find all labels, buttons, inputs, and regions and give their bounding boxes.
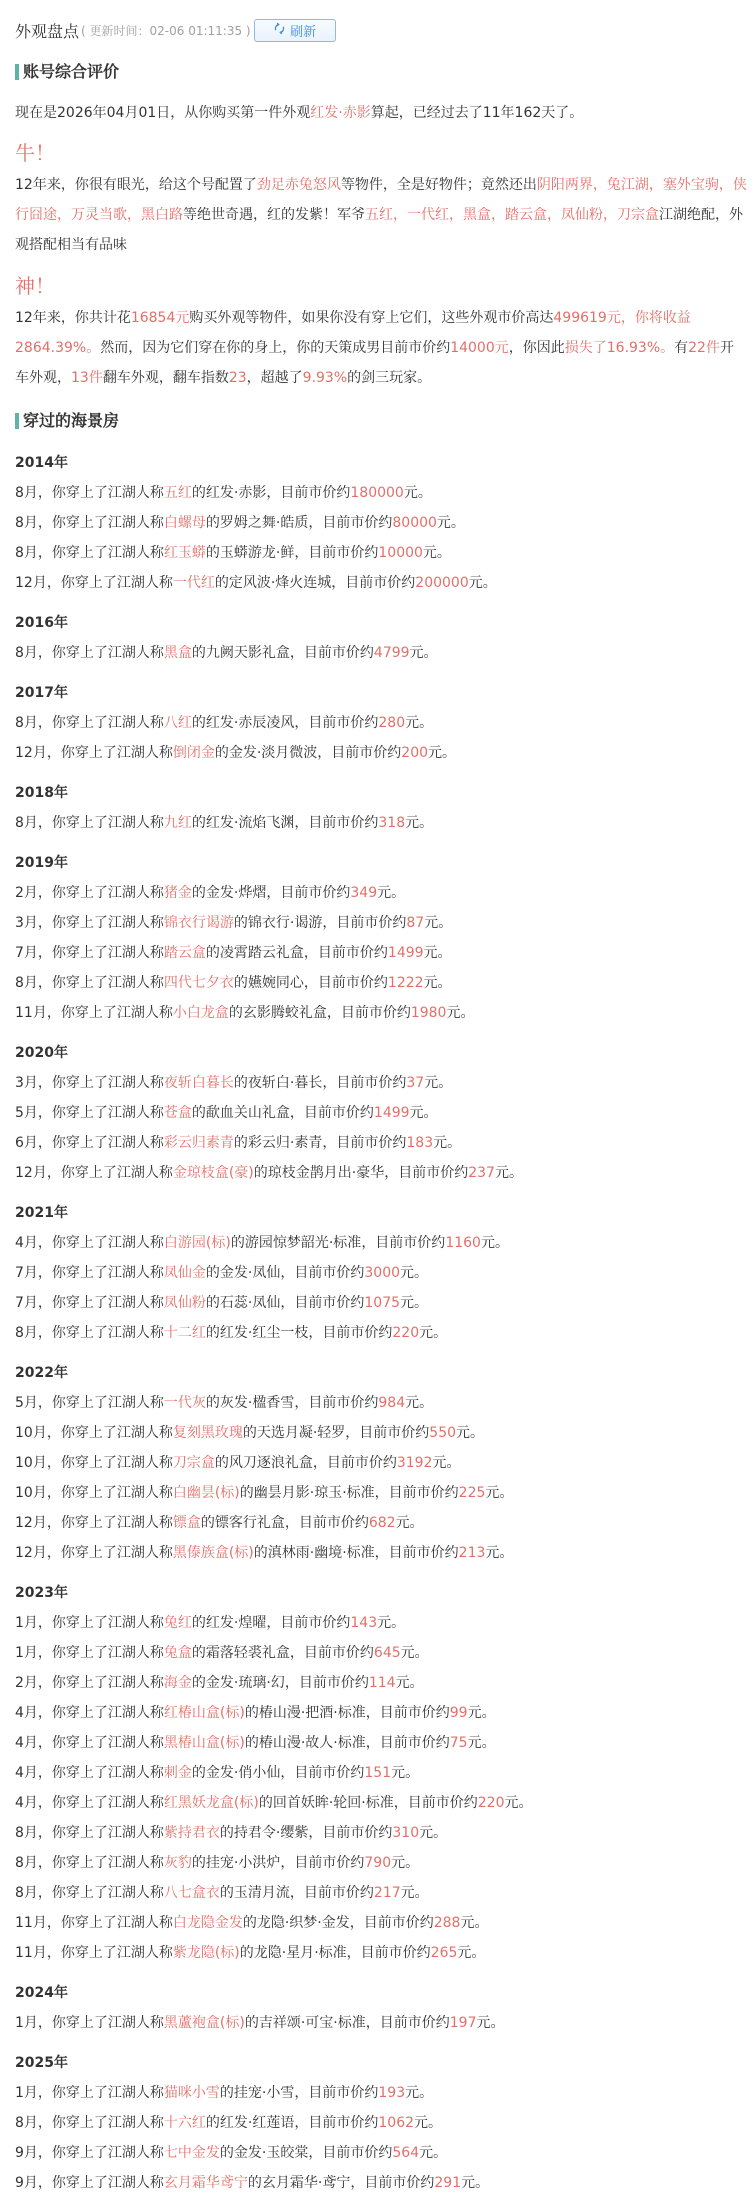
sentence-text: ，目前市价约 [331,575,415,591]
item-nickname: 苍盒 [164,1105,192,1121]
sentence-text: 元。 [410,1105,438,1121]
sentence-text: ，目前市价约 [375,1485,459,1501]
sentence-text: ，目前市价约 [327,1005,411,1021]
item-month: 7月 [15,1265,38,1281]
item-name: 镖客行礼盒 [215,1515,285,1531]
item-name: 灰发·楹香雪 [220,1395,294,1411]
history-item: 3月，你穿上了江湖人称夜斩白暮长的夜斩白·暮长，目前市价约37元。 [15,1068,747,1098]
sentence-text: ，目前市价约 [375,1545,459,1561]
item-month: 4月 [15,1765,38,1781]
item-name: 持君令·缨紫 [234,1825,308,1841]
sentence-text: ，目前市价约 [366,1735,450,1751]
item-price: 1222 [388,975,424,991]
text-segment: ，你因此 [509,340,565,356]
highlight-text: 16854元 [131,310,190,326]
sentence-text: ，你穿上了江湖人称 [38,715,164,731]
sentence-text: 元。 [424,915,452,931]
item-month: 2月 [15,885,38,901]
item-price: 10000 [378,545,423,561]
item-month: 8月 [15,715,38,731]
sentence-text: 的 [231,1235,245,1251]
item-month: 12月 [15,1515,47,1531]
sentence-text: ，你穿上了江湖人称 [38,1075,164,1091]
sentence-text: ，目前市价约 [308,1325,392,1341]
item-name: 石蕊·凤仙 [220,1295,280,1311]
sentence-text: 元。 [446,1005,474,1021]
sentence-text: ，目前市价约 [313,1455,397,1471]
item-price: 220 [478,1795,505,1811]
highlight-text: 14000元 [450,340,509,356]
item-name: 定风波·烽火连城 [229,575,331,591]
history-item: 1月，你穿上了江湖人称猫咪小雪的挂宠·小雪，目前市价约193元。 [15,2078,747,2108]
item-nickname: 海金 [164,1675,192,1691]
sentence-text: 的 [192,1855,206,1871]
sentence-text: 元。 [405,715,433,731]
history-item: 3月，你穿上了江湖人称锦衣行谒游的锦衣行·谒游，目前市价约87元。 [15,908,747,938]
year-block: 2024年1月，你穿上了江湖人称黑蘆袍盒(标)的吉祥颂·可宝·标准，目前市价约1… [15,1978,747,2038]
sentence-text: 的 [192,715,206,731]
sentence-text: 的 [206,945,220,961]
sentence-text: ，你穿上了江湖人称 [47,1005,173,1021]
year-block: 2014年8月，你穿上了江湖人称五红的红发·赤影，目前市价约180000元。8月… [15,448,747,598]
sentence-text: 的 [206,1395,220,1411]
sentence-text: 的 [192,1615,206,1631]
sentence-text: 的 [192,815,206,831]
item-month: 8月 [15,2115,38,2131]
sentence-text: 的 [206,1325,220,1341]
item-name: 琼枝金鹊月出·豪华 [268,1165,384,1181]
item-month: 12月 [15,1545,47,1561]
year-block: 2017年8月，你穿上了江湖人称八红的红发·赤辰凌风，目前市价约280元。12月… [15,678,747,768]
highlight-text: 13件 [71,370,103,386]
sentence-text: 的 [192,1765,206,1781]
item-month: 11月 [15,1945,47,1961]
item-month: 3月 [15,915,38,931]
sentence-text: ，你穿上了江湖人称 [38,1885,164,1901]
sentence-text: ，目前市价约 [304,975,388,991]
history-item: 10月，你穿上了江湖人称刀宗盒的风刀逐浪礼盒，目前市价约3192元。 [15,1448,747,1478]
item-price: 1499 [388,945,424,961]
item-name: 椿山漫·把酒·标准 [259,1705,366,1721]
highlight-text: 9.93% [303,370,347,386]
sentence-text: ，目前市价约 [294,2115,378,2131]
text-segment: 购买外观等物件，如果你没有穿上它们，这些外观市价高达 [189,310,553,326]
item-price: 225 [459,1485,486,1501]
history-item: 8月，你穿上了江湖人称灰豹的挂宠·小洪炉，目前市价约790元。 [15,1848,747,1878]
item-name: 金发·琉璃·幻 [206,1675,285,1691]
sentence-text: 元。 [457,1945,485,1961]
item-price: 87 [406,915,424,931]
item-month: 8月 [15,1885,38,1901]
sentence-text: ，目前市价约 [266,885,350,901]
sentence-text: 元。 [391,1765,419,1781]
sentence-text: ，你穿上了江湖人称 [38,1265,164,1281]
item-month: 1月 [15,2015,38,2031]
item-name: 挂宠·小洪炉 [206,1855,280,1871]
update-time: ( 更新时间：02-06 01:11:35 ) [81,22,251,39]
history-item: 1月，你穿上了江湖人称黑蘆袍盒(标)的吉祥颂·可宝·标准，目前市价约197元。 [15,2008,747,2038]
sentence-text: ，你穿上了江湖人称 [47,745,173,761]
sentence-text: 元。 [419,1325,447,1341]
item-nickname: 黑蘆袍盒(标) [164,2015,245,2031]
history-item: 4月，你穿上了江湖人称黑椿山盒(标)的椿山漫·故人·标准，目前市价约75元。 [15,1728,747,1758]
item-nickname: 白幽昙(标) [173,1485,240,1501]
sentence-text: ，目前市价约 [308,515,392,531]
sentence-text: 元。 [437,515,465,531]
item-price: 1062 [378,2115,414,2131]
history-item: 12月，你穿上了江湖人称一代红的定风波·烽火连城，目前市价约200000元。 [15,568,747,598]
sentence-text: 元。 [424,1075,452,1091]
verdict-paragraph-1: 12年来，你很有眼光，给这个号配置了劲足赤兔怒风等物件，全是好物件；竟然还出阴阳… [15,170,747,260]
sentence-text: 的 [248,2175,262,2191]
item-price: 237 [468,1165,495,1181]
sentence-text: 元。 [456,1425,484,1441]
item-month: 11月 [15,1005,47,1021]
item-price: 984 [378,1395,405,1411]
item-price: 4799 [374,645,410,661]
item-month: 12月 [15,575,47,591]
sentence-text: 元。 [404,485,432,501]
item-month: 10月 [15,1455,47,1471]
history-item: 8月，你穿上了江湖人称八七盒衣的玉清月流，目前市价约217元。 [15,1878,747,1908]
item-nickname: 兔红 [164,1615,192,1631]
sentence-text: ，目前市价约 [322,1135,406,1151]
history-item: 6月，你穿上了江湖人称彩云归素青的彩云归·素青，目前市价约183元。 [15,1128,747,1158]
sentence-text: ，你穿上了江湖人称 [47,1455,173,1471]
sentence-text: 元。 [481,1235,509,1251]
history-item: 8月，你穿上了江湖人称白螺母的罗姆之舞·皓质，目前市价约80000元。 [15,508,747,538]
sentence-text: ，你穿上了江湖人称 [38,1135,164,1151]
item-name: 歃血关山礼盒 [206,1105,290,1121]
history-item: 8月，你穿上了江湖人称九红的红发·流焰飞渊，目前市价约318元。 [15,808,747,838]
history-item: 12月，你穿上了江湖人称镖盒的镖客行礼盒，目前市价约682元。 [15,1508,747,1538]
year-heading: 2014年 [15,448,747,478]
item-name: 风刀逐浪礼盒 [229,1455,313,1471]
item-month: 1月 [15,1645,38,1661]
sentence-text: 元。 [400,1265,428,1281]
item-nickname: 黑椿山盒(标) [164,1735,245,1751]
sentence-text: ，目前市价约 [308,2145,392,2161]
item-nickname: 刀宗盒 [173,1455,215,1471]
item-price: 200000 [415,575,468,591]
sentence-text: ，你穿上了江湖人称 [47,1425,173,1441]
item-month: 11月 [15,1915,47,1931]
item-month: 9月 [15,2175,38,2191]
item-name: 罗姆之舞·皓质 [220,515,308,531]
sentence-text: ，你穿上了江湖人称 [47,575,173,591]
item-nickname: 黑盒 [164,645,192,661]
item-nickname: 五红 [164,485,192,501]
sentence-text: ，你穿上了江湖人称 [38,1765,164,1781]
item-name: 金发·淡月微波 [229,745,317,761]
sentence-text: ，目前市价约 [294,2085,378,2101]
history-item: 9月，你穿上了江湖人称七中金发的金发·玉皎棠，目前市价约564元。 [15,2138,747,2168]
item-nickname: 红椿山盒(标) [164,1705,245,1721]
sentence-text: 元。 [377,885,405,901]
sentence-text: 元。 [401,1885,429,1901]
item-nickname: 兔盒 [164,1645,192,1661]
sentence-text: ，目前市价约 [384,1165,468,1181]
text-segment: 等物件，全是好物件；竟然还出 [341,177,537,193]
sentence-text: 的 [220,1885,234,1901]
sentence-text: 的 [192,1675,206,1691]
sentence-text: ，你穿上了江湖人称 [38,815,164,831]
item-price: 197 [450,2015,477,2031]
sentence-text: 的 [206,2115,220,2131]
sentence-text: 的 [245,2015,259,2031]
sentence-text: 元。 [377,1615,405,1631]
sentence-text: 元。 [400,1295,428,1311]
item-price: 550 [429,1425,456,1441]
item-price: 265 [431,1945,458,1961]
history-item: 1月，你穿上了江湖人称兔红的红发·煌曜，目前市价约143元。 [15,1608,747,1638]
item-name: 幽昙月影·琼玉·标准 [254,1485,375,1501]
sentence-text: ，你穿上了江湖人称 [38,1795,164,1811]
item-name: 滇林雨·幽境·标准 [268,1545,375,1561]
sentence-text: 的 [254,1545,268,1561]
item-nickname: 猪金 [164,885,192,901]
highlight-text: 劲足赤兔怒风 [257,177,341,193]
history-item: 4月，你穿上了江湖人称白游园(标)的游园惊梦韶光·标准，目前市价约1160元。 [15,1228,747,1258]
item-price: 1499 [374,1105,410,1121]
item-price: 682 [369,1515,396,1531]
verdict-label-1: 牛！ [15,138,747,168]
sentence-text: 元。 [396,1515,424,1531]
sentence-text: ，你穿上了江湖人称 [38,2115,164,2131]
item-month: 4月 [15,1735,38,1751]
sentence-text: ，目前市价约 [361,1235,445,1251]
sentence-text: 的 [206,515,220,531]
refresh-button[interactable]: 刷新 [254,19,336,42]
sentence-text: ，你穿上了江湖人称 [38,885,164,901]
year-heading: 2023年 [15,1578,747,1608]
sentence-text: ，你穿上了江湖人称 [38,2175,164,2191]
history-item: 5月，你穿上了江湖人称一代灰的灰发·楹香雪，目前市价约984元。 [15,1388,747,1418]
sentence-text: ，目前市价约 [294,545,378,561]
item-month: 8月 [15,1325,38,1341]
history-item: 12月，你穿上了江湖人称金琼枝盒(豪)的琼枝金鹊月出·豪华，目前市价约237元。 [15,1158,747,1188]
history-item: 7月，你穿上了江湖人称踏云盒的凌霄踏云礼盒，目前市价约1499元。 [15,938,747,968]
sentence-text: ，目前市价约 [280,1855,364,1871]
sentence-text: 的 [192,645,206,661]
item-price: 310 [392,1825,419,1841]
sentence-text: 的 [206,545,220,561]
item-price: 280 [378,715,405,731]
sentence-text: 的 [192,885,206,901]
year-block: 2019年2月，你穿上了江湖人称猪金的金发·烨熠，目前市价约349元。3月，你穿… [15,848,747,1028]
item-price: 3000 [364,1265,400,1281]
sentence-text: 元。 [485,1545,513,1561]
item-nickname: 复刻黑玫瑰 [173,1425,243,1441]
sentence-text: ，你穿上了江湖人称 [38,485,164,501]
text-segment: 12年来，你共计花 [15,310,131,326]
item-price: 99 [450,1705,468,1721]
sentence-text: ，目前市价约 [294,1395,378,1411]
sentence-text: 元。 [477,2015,505,2031]
highlight-text: 损失了16.93%。 [565,340,674,356]
sentence-text: 元。 [419,1825,447,1841]
sentence-text: ，目前市价约 [350,1915,434,1931]
page-header: 外观盘点 ( 更新时间：02-06 01:11:35 ) 刷新 [15,19,747,42]
sentence-text: ，你穿上了江湖人称 [38,1235,164,1251]
item-price: 1075 [364,1295,400,1311]
item-nickname: 倒闭金 [173,745,215,761]
item-name: 天选月凝·轻罗 [257,1425,345,1441]
sentence-text: 的 [192,1105,206,1121]
sentence-text: ，目前市价约 [294,815,378,831]
sentence-text: ，你穿上了江湖人称 [47,1545,173,1561]
sentence-text: ，你穿上了江湖人称 [38,1735,164,1751]
intro-paragraph: 现在是2026年04月01日，从你购买第一件外观红发·赤影算起，已经过去了11年… [15,98,747,128]
item-nickname: 紫持君衣 [164,1825,220,1841]
sentence-text: 元。 [424,975,452,991]
sentence-text: ，目前市价约 [280,1765,364,1781]
sentence-text: ，你穿上了江湖人称 [38,945,164,961]
history-item: 8月，你穿上了江湖人称黑盒的九阙天影礼盒，目前市价约4799元。 [15,638,747,668]
sentence-text: ，你穿上了江湖人称 [47,1945,173,1961]
item-name: 红发·赤辰凌风 [206,715,294,731]
item-name: 红发·煌曜 [206,1615,266,1631]
sentence-text: ，目前市价约 [280,1295,364,1311]
item-price: 349 [350,885,377,901]
item-nickname: 猫咪小雪 [164,2085,220,2101]
item-price: 3192 [397,1455,433,1471]
text-segment: 翻车外观，翻车指数 [103,370,229,386]
sentence-text: ，你穿上了江湖人称 [38,515,164,531]
item-name: 嬿婉同心 [248,975,304,991]
item-month: 7月 [15,1295,38,1311]
sentence-text: ，你穿上了江湖人称 [38,1675,164,1691]
sentence-text: 元。 [428,745,456,761]
sentence-text: 的 [245,1735,259,1751]
sentence-text: ，目前市价约 [304,945,388,961]
item-nickname: 灰豹 [164,1855,192,1871]
section-title-text: 穿过的海景房 [23,406,119,436]
item-nickname: 白游园(标) [164,1235,231,1251]
sentence-text: ，你穿上了江湖人称 [47,1165,173,1181]
sentence-text: ，你穿上了江湖人称 [38,1295,164,1311]
item-month: 10月 [15,1425,47,1441]
year-heading: 2024年 [15,1978,747,2008]
year-block: 2025年1月，你穿上了江湖人称猫咪小雪的挂宠·小雪，目前市价约193元。8月，… [15,2048,747,2198]
item-nickname: 十二红 [164,1325,206,1341]
item-nickname: 白螺母 [164,515,206,531]
sentence-text: ，你穿上了江湖人称 [38,975,164,991]
year-heading: 2021年 [15,1198,747,1228]
item-month: 8月 [15,815,38,831]
sentence-text: ，目前市价约 [347,1945,431,1961]
item-price: 1160 [445,1235,481,1251]
item-price: 183 [406,1135,433,1151]
sentence-text: 元。 [401,1645,429,1661]
sentence-text: ，目前市价约 [266,1615,350,1631]
year-heading: 2022年 [15,1358,747,1388]
item-nickname: 七中金发 [164,2145,220,2161]
sentence-text: ，目前市价约 [366,1705,450,1721]
item-name: 锦衣行·谒游 [248,915,322,931]
sentence-text: ，目前市价约 [350,2175,434,2191]
sentence-text: 的 [220,1825,234,1841]
sentence-text: ，目前市价约 [290,1105,374,1121]
sentence-text: 元。 [495,1165,523,1181]
item-nickname: 八红 [164,715,192,731]
sentence-text: ，你穿上了江湖人称 [38,1395,164,1411]
sentence-text: 的 [245,1705,259,1721]
item-price: 564 [392,2145,419,2161]
item-price: 645 [374,1645,401,1661]
history-item: 10月，你穿上了江湖人称复刻黑玫瑰的天选月凝·轻罗，目前市价约550元。 [15,1418,747,1448]
highlight-text: 红发·赤影 [310,105,370,121]
sentence-text: 的 [215,575,229,591]
history-item: 4月，你穿上了江湖人称刺金的金发·俏小仙，目前市价约151元。 [15,1758,747,1788]
item-name: 回首妖眸·轮回·标准 [273,1795,394,1811]
sentence-text: ，你穿上了江湖人称 [38,1325,164,1341]
year-block: 2022年5月，你穿上了江湖人称一代灰的灰发·楹香雪，目前市价约984元。10月… [15,1358,747,1568]
sentence-text: 元。 [460,1915,488,1931]
item-nickname: 凤仙金 [164,1265,206,1281]
sentence-text: ，目前市价约 [290,1885,374,1901]
text-segment: 现在是2026年04月01日，从你购买第一件外观 [15,105,310,121]
item-nickname: 金琼枝盒(豪) [173,1165,254,1181]
item-price: 288 [434,1915,461,1931]
sentence-text: 的 [254,1165,268,1181]
item-name: 金发·玉皎棠 [234,2145,308,2161]
sentence-text: 元。 [432,1455,460,1471]
year-heading: 2019年 [15,848,747,878]
item-name: 红发·红莲语 [220,2115,294,2131]
sentence-text: 的 [215,1455,229,1471]
item-price: 193 [378,2085,405,2101]
item-price: 213 [459,1545,486,1561]
item-month: 8月 [15,1825,38,1841]
sentence-text: ，目前市价约 [290,645,374,661]
history-item: 11月，你穿上了江湖人称紫龙隐(标)的龙隐·星月·标准，目前市价约265元。 [15,1938,747,1968]
sentence-text: 的 [192,485,206,501]
history-item: 12月，你穿上了江湖人称倒闭金的金发·淡月微波，目前市价约200元。 [15,738,747,768]
sentence-text: 元。 [405,1395,433,1411]
sentence-text: ，你穿上了江湖人称 [38,2085,164,2101]
sentence-text: ，目前市价约 [322,915,406,931]
sentence-text: 元。 [419,2145,447,2161]
year-block: 2016年8月，你穿上了江湖人称黑盒的九阙天影礼盒，目前市价约4799元。 [15,608,747,668]
item-name: 椿山漫·故人·标准 [259,1735,366,1751]
item-name: 九阙天影礼盒 [206,645,290,661]
item-month: 4月 [15,1795,38,1811]
item-name: 玄月霜华·鸢宁 [262,2175,350,2191]
item-month: 4月 [15,1705,38,1721]
item-month: 2月 [15,1675,38,1691]
sentence-text: 元。 [461,2175,489,2191]
item-nickname: 锦衣行谒游 [164,915,234,931]
sentence-text: 的 [240,1485,254,1501]
item-price: 75 [450,1735,468,1751]
year-heading: 2016年 [15,608,747,638]
sentence-text: ，你穿上了江湖人称 [38,1105,164,1121]
sentence-text: 的 [206,1265,220,1281]
verdict-label-2: 神！ [15,271,747,301]
item-name: 金发·烨熠 [206,885,266,901]
highlight-text: 23 [229,370,247,386]
item-name: 红发·赤影 [206,485,266,501]
sentence-text: ，你穿上了江湖人称 [38,915,164,931]
text-segment: 的剑三玩家。 [347,370,431,386]
sentence-text: 的 [259,1795,273,1811]
history-item: 8月，你穿上了江湖人称紫持君衣的持君令·缨紫，目前市价约310元。 [15,1818,747,1848]
item-month: 12月 [15,1165,47,1181]
sentence-text: 元。 [391,1855,419,1871]
item-name: 红发·红尘一枝 [220,1325,308,1341]
sentence-text: 的 [220,2085,234,2101]
